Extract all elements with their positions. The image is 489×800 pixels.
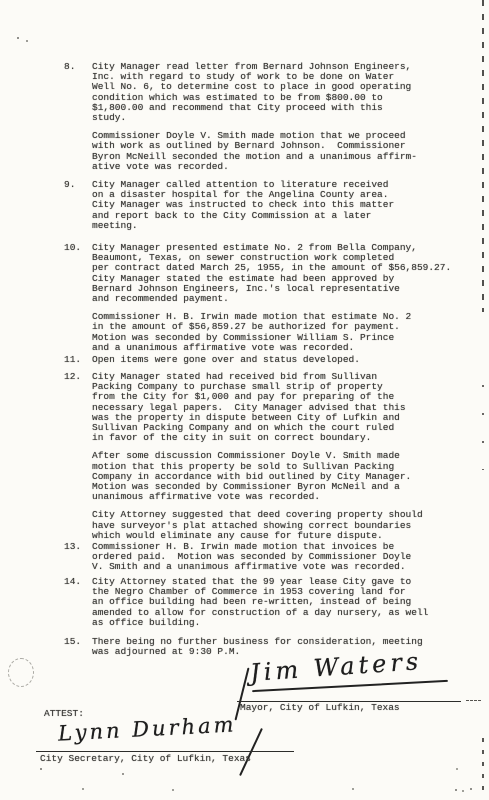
item-body: Open items were gone over and status dev… [92, 355, 476, 365]
minutes-item: 11.Open items were gone over and status … [64, 355, 476, 365]
item-paragraph: City Manager presented estimate No. 2 fr… [92, 243, 476, 304]
scan-specks-bottom [40, 768, 42, 770]
item-paragraph: City Manager read letter from Bernard Jo… [92, 62, 476, 123]
mayor-signature-line-dash [466, 700, 481, 701]
item-paragraph: After some discussion Commissioner Doyle… [92, 451, 476, 502]
secretary-signature-descender [239, 728, 263, 776]
item-paragraph: City Attorney suggested that deed coveri… [92, 510, 476, 541]
scan-edge-artifact-bottom [482, 738, 484, 794]
scan-speck-topleft [17, 37, 19, 39]
item-body: Commissioner H. B. Irwin made motion tha… [92, 542, 476, 573]
item-paragraph: Commissioner Doyle V. Smith made motion … [92, 131, 476, 172]
pencil-circle-artifact [8, 658, 34, 687]
attest-label: ATTEST: [44, 709, 84, 719]
item-paragraph: Open items were gone over and status dev… [92, 355, 476, 365]
item-number: 12. [64, 372, 92, 541]
item-paragraph: City Manager stated had received bid fro… [92, 372, 476, 443]
item-number: 13. [64, 542, 92, 573]
scan-edge-artifact-middle [482, 385, 484, 470]
minutes-item: 13.Commissioner H. B. Irwin made motion … [64, 542, 476, 573]
scanned-minutes-page: 8.City Manager read letter from Bernard … [0, 0, 489, 800]
secretary-signature: Lynn Durham [58, 719, 237, 739]
item-number: 14. [64, 577, 92, 628]
item-body: City Manager called attention to literat… [92, 180, 476, 231]
item-paragraph: City Manager called attention to literat… [92, 180, 476, 231]
item-body: City Manager stated had received bid fro… [92, 372, 476, 541]
item-paragraph: Commissioner H. B. Irwin made motion tha… [92, 312, 476, 353]
minutes-item: 10.City Manager presented estimate No. 2… [64, 243, 476, 353]
mayor-signature: Jim Waters [250, 656, 423, 678]
item-number: 8. [64, 62, 92, 172]
item-body: City Manager presented estimate No. 2 fr… [92, 243, 476, 353]
item-number: 11. [64, 355, 92, 365]
scan-edge-artifact-top [482, 0, 484, 312]
mayor-signature-caption: Mayor, City of Lufkin, Texas [240, 703, 400, 713]
minutes-item: 9.City Manager called attention to liter… [64, 180, 476, 231]
secretary-signature-line [36, 751, 294, 752]
minutes-item: 8.City Manager read letter from Bernard … [64, 62, 476, 172]
item-number: 10. [64, 243, 92, 353]
item-body: City Attorney stated that the 99 year le… [92, 577, 476, 628]
item-number: 9. [64, 180, 92, 231]
item-body: City Manager read letter from Bernard Jo… [92, 62, 476, 172]
item-paragraph: City Attorney stated that the 99 year le… [92, 577, 476, 628]
minutes-item: 12.City Manager stated had received bid … [64, 372, 476, 541]
minutes-item: 14.City Attorney stated that the 99 year… [64, 577, 476, 628]
item-paragraph: Commissioner H. B. Irwin made motion tha… [92, 542, 476, 573]
secretary-signature-caption: City Secretary, City of Lufkin, Texas [40, 754, 251, 764]
item-number: 15. [64, 637, 92, 657]
